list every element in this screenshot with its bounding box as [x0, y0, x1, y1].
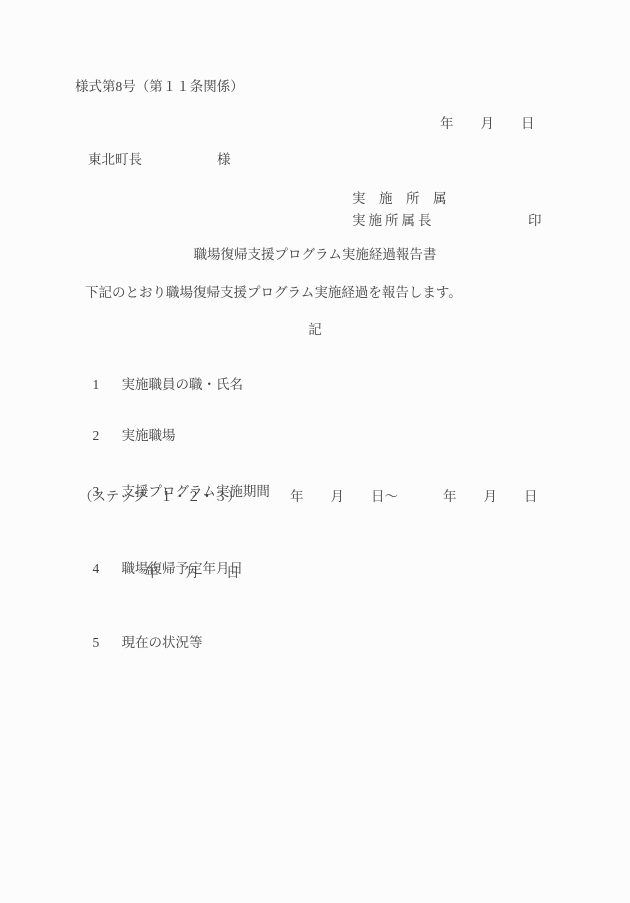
report-statement: 下記のとおり職場復帰支援プログラム実施経過を報告します。 — [85, 285, 462, 301]
item-2-number: 2 — [93, 428, 122, 444]
affiliation-label: 実 施 所 属 — [352, 191, 447, 207]
seal-mark: 印 — [528, 213, 542, 229]
addressee-honorific: 様 — [217, 152, 231, 168]
addressee-name: 東北町長 — [88, 152, 142, 168]
affiliation-head-label: 実施所属長 — [352, 213, 435, 229]
item-2-label: 実施職場 — [122, 428, 176, 443]
item-5-number: 5 — [93, 635, 122, 651]
item-3-period-end: 年 月 日 — [443, 489, 538, 505]
item-4-number: 4 — [93, 561, 122, 577]
item-3-step-line: （ステップ １・２・３） — [79, 489, 241, 505]
record-marker: 記 — [0, 322, 630, 338]
item-1-row: 1実施職員の職・氏名 — [79, 361, 243, 408]
item-3-period-start: 年 月 日～ — [290, 489, 398, 505]
document-title: 職場復帰支援プログラム実施経過報告書 — [0, 247, 630, 263]
item-1-label: 実施職員の職・氏名 — [122, 377, 244, 392]
item-1-number: 1 — [93, 377, 122, 393]
report-date-line: 年 月 日 — [440, 116, 535, 132]
item-4-planned-date: 年 月 日 — [145, 565, 240, 581]
item-5-label: 現在の状況等 — [122, 635, 203, 650]
item-5-row: 5現在の状況等 — [79, 619, 203, 666]
form-number: 様式第8号（第１１条関係） — [75, 79, 244, 95]
document-page: 様式第8号（第１１条関係） 年 月 日 東北町長 様 実 施 所 属 実施所属長… — [0, 0, 630, 903]
item-2-row: 2実施職場 — [79, 412, 176, 459]
